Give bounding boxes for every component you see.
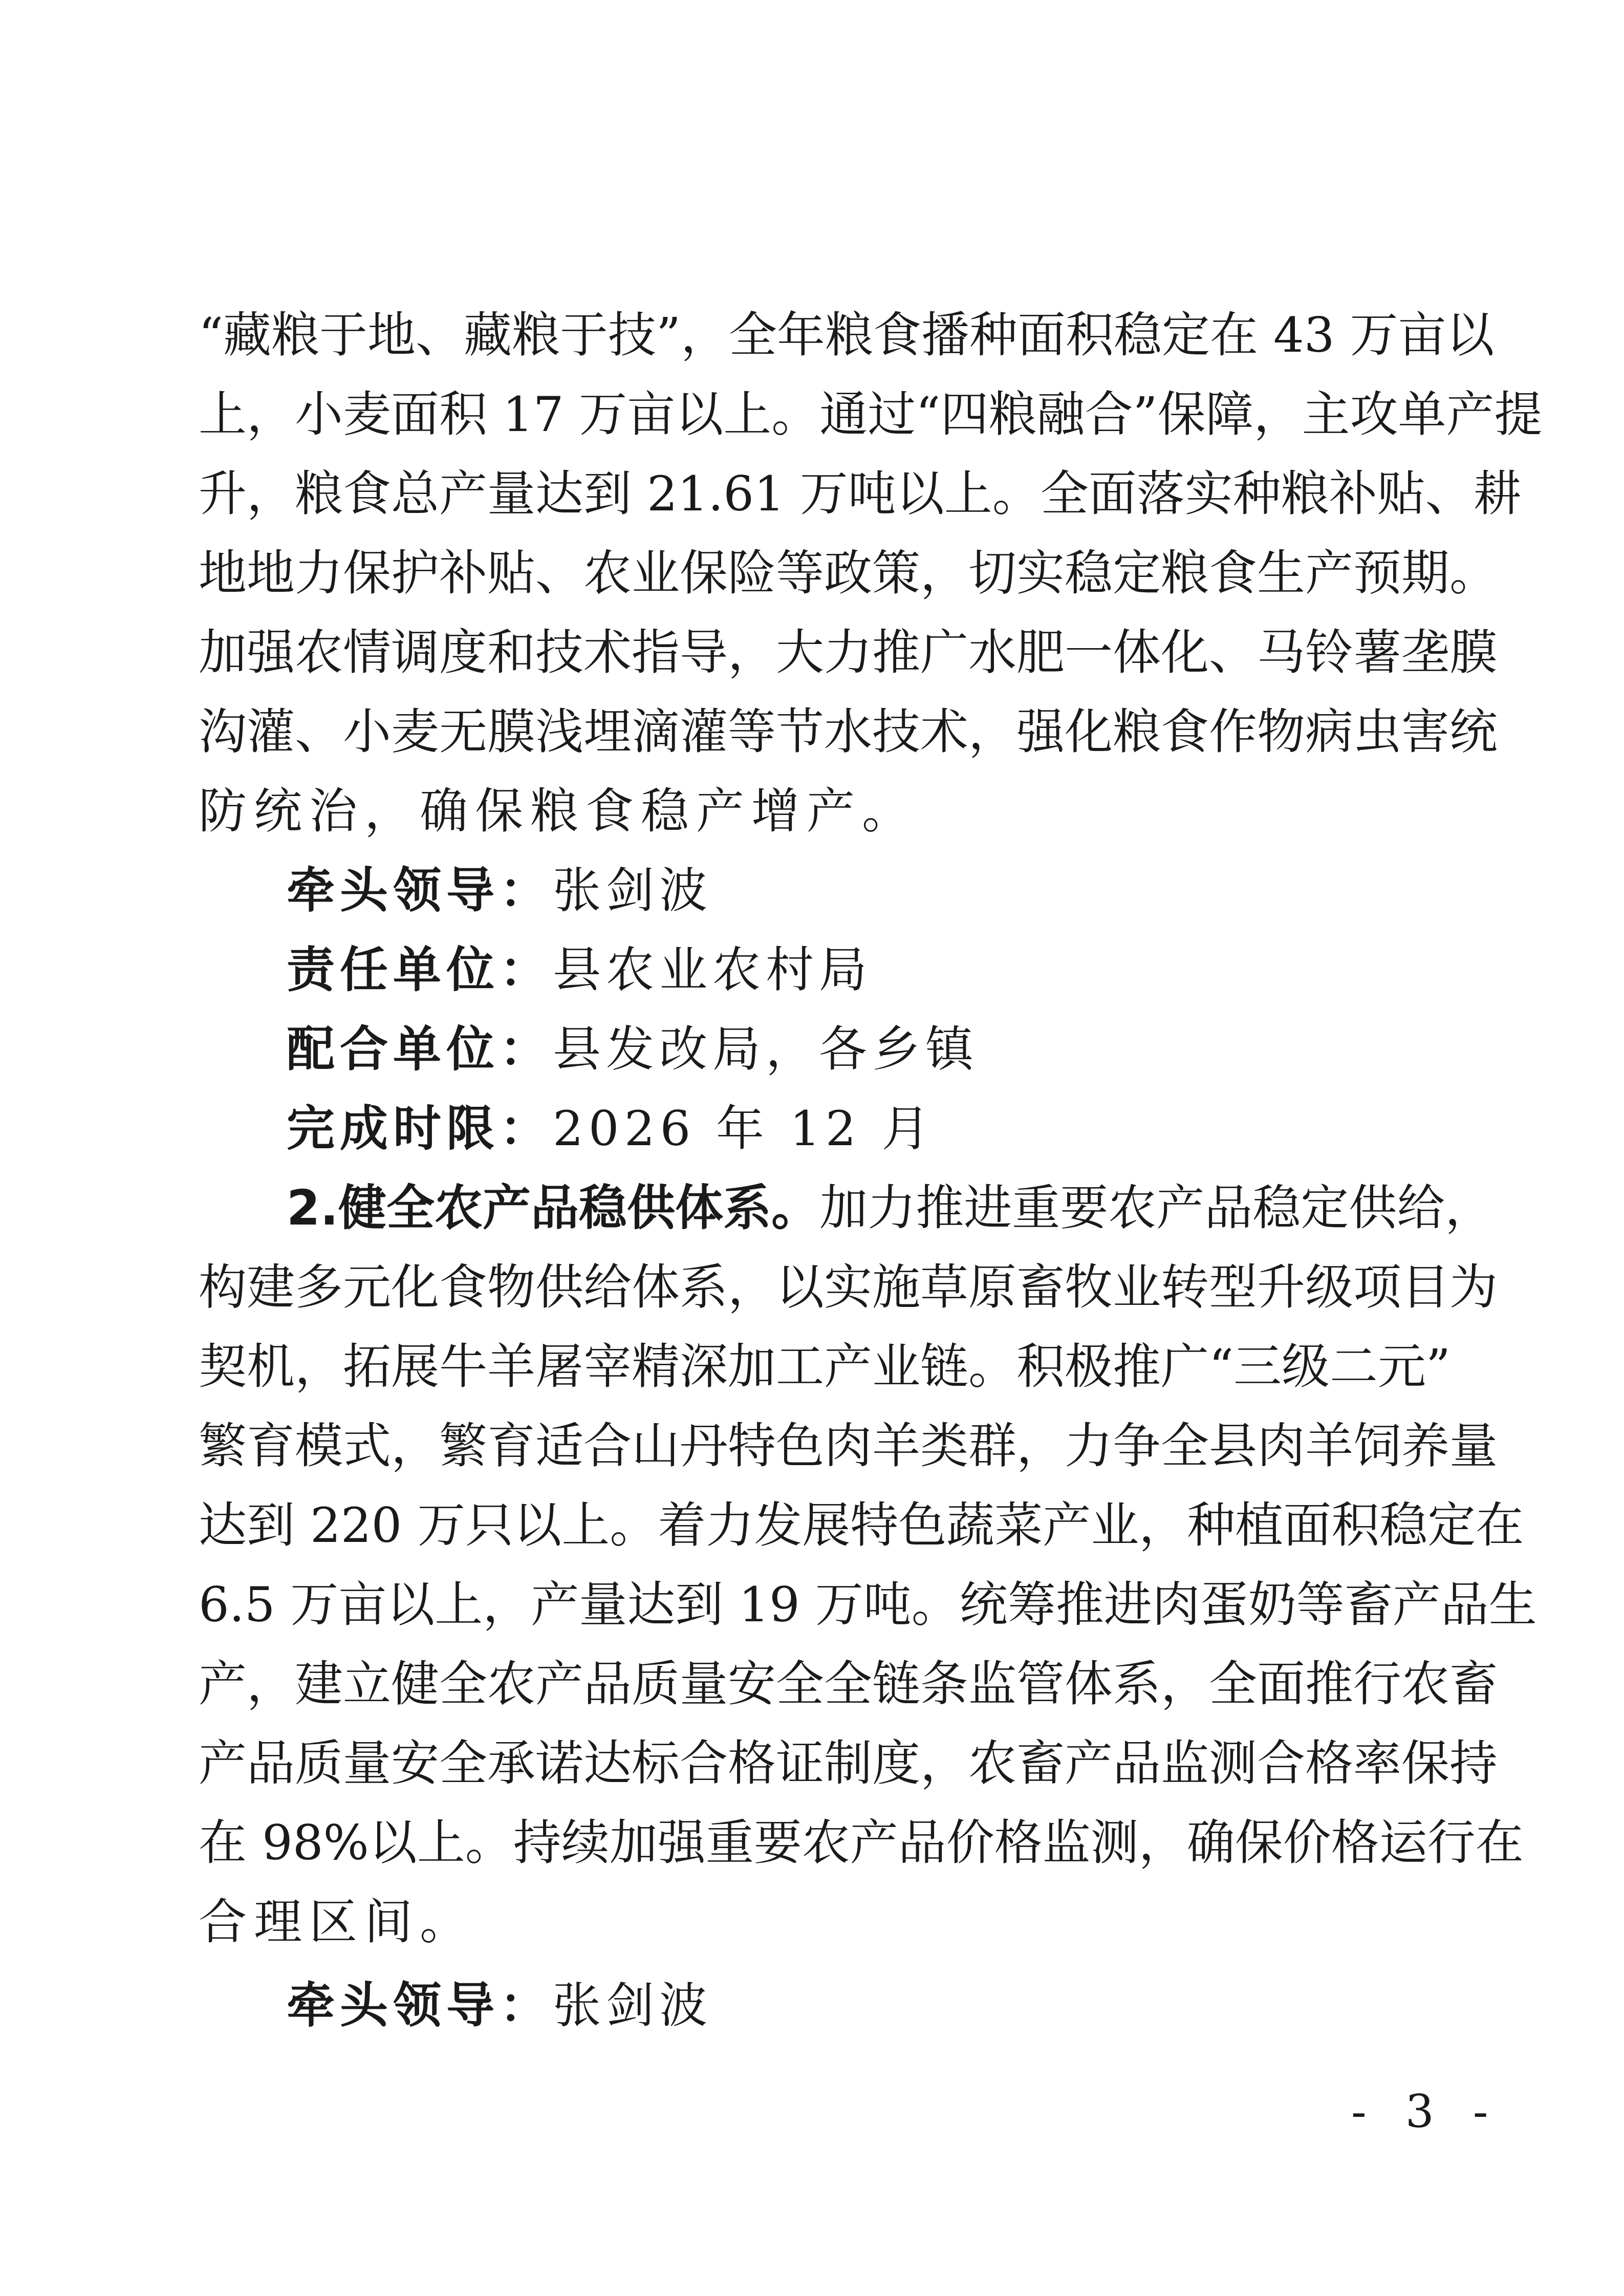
field-value: 县农业农村局 — [553, 942, 872, 998]
paragraph-line: 地地力保护补贴、农业保险等政策，切实稳定粮食生产预期。 — [199, 534, 1424, 613]
paragraph-line: 构建多元化食物供给体系，以实施草原畜牧业转型升级项目为 — [199, 1248, 1424, 1327]
section-heading: 2.健全农产品稳供体系。 — [287, 1181, 819, 1236]
paragraph-line: 产品质量安全承诺达标合格证制度，农畜产品监测合格率保持 — [199, 1724, 1424, 1804]
section2-paragraph: 2.健全农产品稳供体系。加力推进重要农产品稳定供给， 构建多元化食物供给体系，以… — [199, 1169, 1424, 1962]
paragraph-line: 上，小麦面积 17 万亩以上。通过“四粮融合”保障，主攻单产提 — [199, 375, 1424, 455]
paragraph-line: 合理区间。 — [199, 1883, 1424, 1962]
field-value: 县发改局，各乡镇 — [553, 1022, 979, 1078]
paragraph-line: 加强农情调度和技术指导，大力推广水肥一体化、马铃薯垄膜 — [199, 613, 1424, 693]
field-label: 牵头领导： — [287, 863, 553, 919]
paragraph-line: “藏粮于地、藏粮于技”，全年粮食播种面积稳定在 43 万亩以 — [199, 296, 1424, 375]
field-label: 责任单位： — [287, 942, 553, 998]
field-label: 牵头领导： — [287, 1978, 553, 2034]
section1-fields: 牵头领导：张剑波 责任单位：县农业农村局 配合单位：县发改局，各乡镇 完成时限：… — [199, 851, 1424, 1169]
paragraph-line: 繁育模式，繁育适合山丹特色肉羊类群，力争全县肉羊饲养量 — [199, 1407, 1424, 1486]
paragraph-line: 升，粮食总产量达到 21.61 万吨以上。全面落实种粮补贴、耕 — [199, 455, 1424, 534]
paragraph-line: 在 98%以上。持续加强重要农产品价格监测，确保价格运行在 — [199, 1804, 1424, 1883]
responsible-unit-field: 责任单位：县农业农村局 — [199, 931, 1424, 1010]
paragraph-line: 6.5 万亩以上，产量达到 19 万吨。统筹推进肉蛋奶等畜产品生 — [199, 1565, 1424, 1645]
paragraph-line: 沟灌、小麦无膜浅埋滴灌等节水技术，强化粮食作物病虫害统 — [199, 693, 1424, 772]
page-number: - 3 - — [1351, 2086, 1500, 2137]
paragraph-text: 加力推进重要农产品稳定供给， — [819, 1181, 1493, 1236]
lead-leader-field: 牵头领导：张剑波 — [199, 1966, 1424, 2046]
section2-fields: 牵头领导：张剑波 — [199, 1966, 1424, 2046]
document-page: “藏粮于地、藏粮于技”，全年粮食播种面积稳定在 43 万亩以 上，小麦面积 17… — [199, 296, 1424, 2046]
field-label: 完成时限： — [287, 1101, 553, 1157]
section1-paragraph: “藏粮于地、藏粮于技”，全年粮食播种面积稳定在 43 万亩以 上，小麦面积 17… — [199, 296, 1424, 851]
paragraph-line: 防统治，确保粮食稳产增产。 — [199, 772, 1424, 851]
field-value: 张剑波 — [553, 1978, 712, 2034]
section2-first-line: 2.健全农产品稳供体系。加力推进重要农产品稳定供给， — [199, 1169, 1424, 1248]
deadline-field: 完成时限：2026 年 12 月 — [199, 1089, 1424, 1169]
field-value: 2026 年 12 月 — [553, 1101, 935, 1157]
paragraph-line: 达到 220 万只以上。着力发展特色蔬菜产业，种植面积稳定在 — [199, 1486, 1424, 1565]
field-value: 张剑波 — [553, 863, 712, 919]
cooperating-unit-field: 配合单位：县发改局，各乡镇 — [199, 1010, 1424, 1089]
paragraph-line: 契机，拓展牛羊屠宰精深加工产业链。积极推广“三级二元” — [199, 1327, 1424, 1407]
field-label: 配合单位： — [287, 1022, 553, 1078]
paragraph-line: 产，建立健全农产品质量安全全链条监管体系，全面推行农畜 — [199, 1645, 1424, 1724]
lead-leader-field: 牵头领导：张剑波 — [199, 851, 1424, 931]
